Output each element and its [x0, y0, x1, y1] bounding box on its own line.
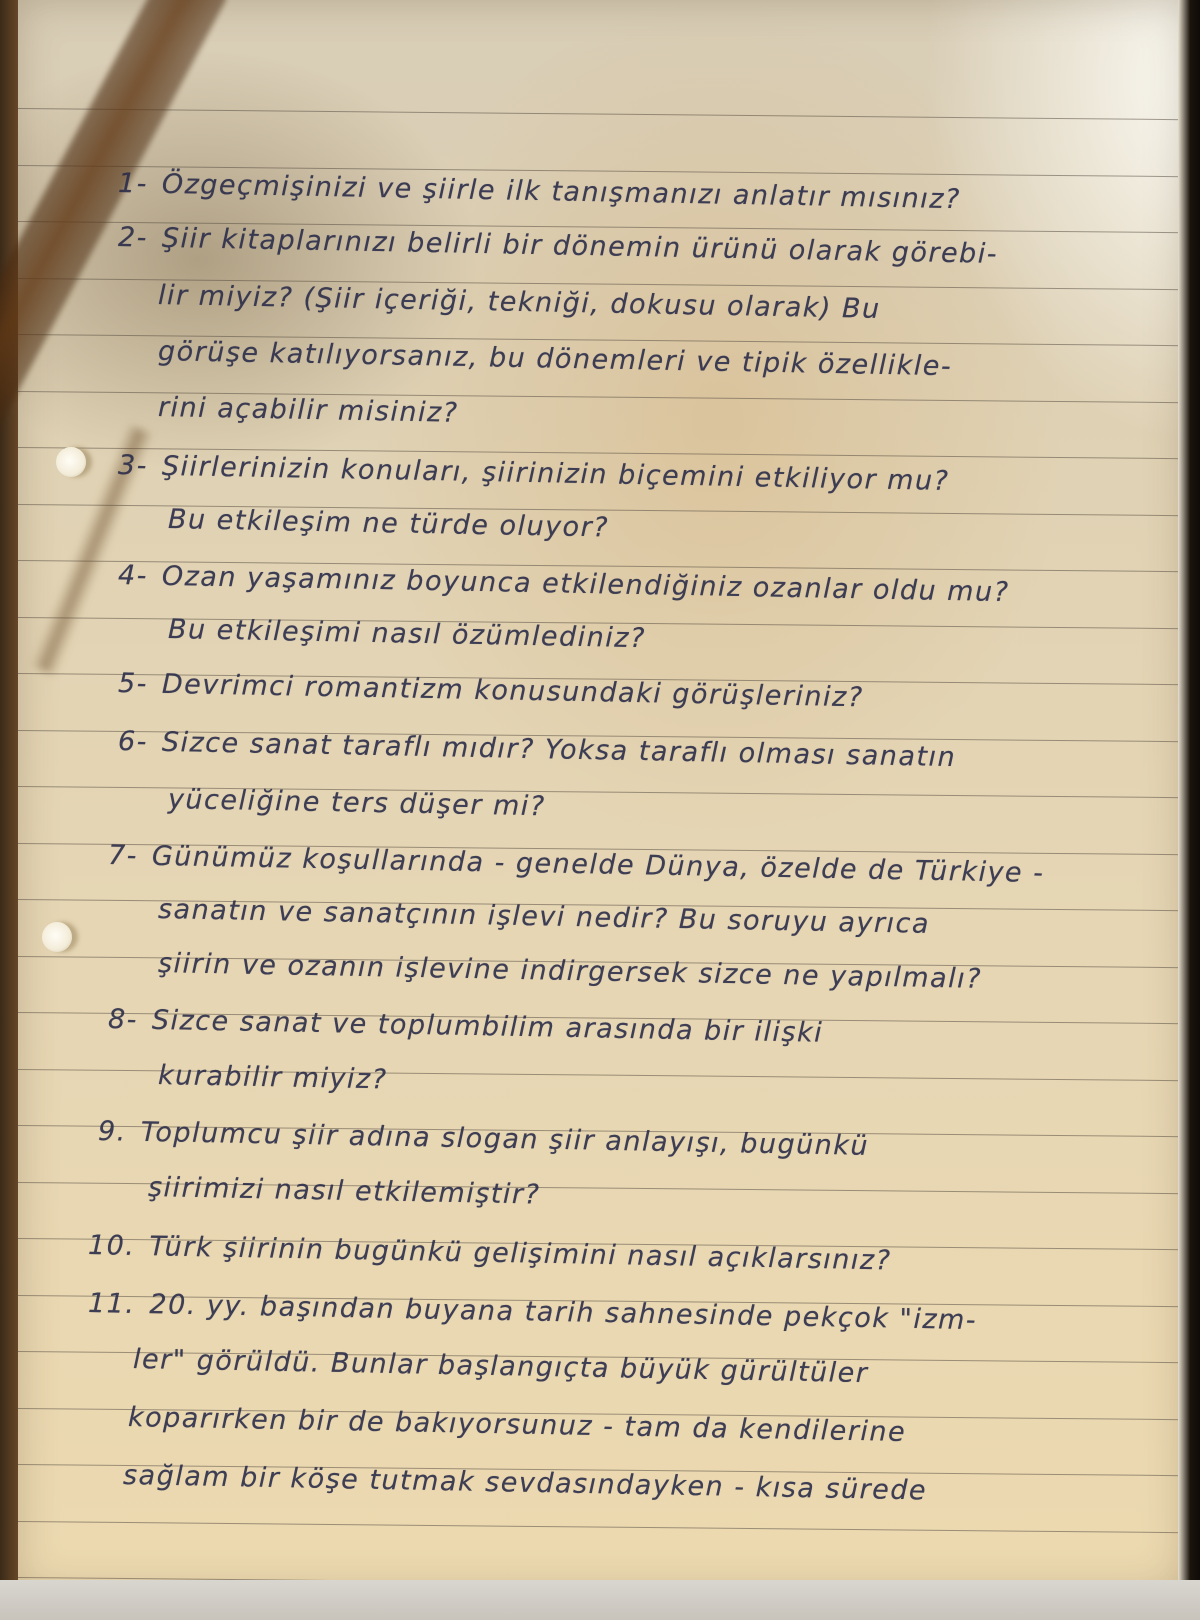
question-7-line-2: sanatın ve sanatçının işlevi nedir? Bu s… — [158, 894, 931, 940]
question-number: 2- — [118, 222, 149, 254]
question-1: 1-Özgeçmişinizi ve şiirle ilk tanışmanız… — [118, 168, 961, 215]
question-9: 9.Toplumcu şiir adına slogan şiir anlayı… — [98, 1116, 870, 1162]
background-edge-right — [1178, 0, 1200, 1620]
question-3-line-2: Bu etkileşim ne türde oluyor? — [168, 504, 610, 543]
ruled-line — [18, 1521, 1184, 1533]
question-10: 10.Türk şiirinin bugünkü gelişimini nası… — [88, 1230, 892, 1276]
question-5: 5-Devrimci romantizm konusundaki görüşle… — [118, 668, 864, 713]
question-11-line-3: koparırken bir de bakıyorsunuz - tam da … — [128, 1402, 907, 1448]
question-number: 3- — [118, 450, 149, 482]
question-8: 8-Sizce sanat ve toplumbilim arasında bi… — [108, 1004, 824, 1049]
question-line: Şiirlerinizin konuları, şiirinizin biçem… — [162, 451, 950, 497]
question-line: Devrimci romantizm konusundaki görüşleri… — [162, 669, 864, 713]
question-4: 4-Ozan yaşamınız boyunca etkilendiğiniz … — [118, 560, 1010, 608]
question-7: 7-Günümüz koşullarında - genelde Dünya, … — [108, 840, 1045, 889]
question-line: Toplumcu şiir adına slogan şiir anlayışı… — [140, 1117, 869, 1162]
question-line: Ozan yaşamınız boyunca etkilendiğiniz oz… — [162, 561, 1010, 608]
photo-scene: 1-Özgeçmişinizi ve şiirle ilk tanışmanız… — [0, 0, 1200, 1620]
ruled-line — [18, 108, 1184, 120]
question-number: 1- — [118, 168, 149, 200]
punch-hole-lower — [42, 922, 72, 952]
question-line: Sizce sanat ve toplumbilim arasında bir … — [152, 1005, 824, 1049]
question-number: 6- — [118, 726, 149, 758]
question-line: Şiir kitaplarınızı belirli bir dönemin ü… — [162, 223, 999, 270]
question-line: 20. yy. başından buyana tarih sahnesinde… — [149, 1289, 977, 1336]
question-number: 9. — [98, 1116, 127, 1148]
question-4-line-2: Bu etkileşimi nasıl özümlediniz? — [168, 614, 646, 654]
question-number: 11. — [88, 1288, 136, 1320]
question-6-line-2: yüceliğine ters düşer mi? — [168, 784, 546, 822]
question-number: 8- — [108, 1004, 139, 1036]
question-number: 7- — [108, 840, 139, 872]
question-line: Özgeçmişinizi ve şiirle ilk tanışmanızı … — [162, 169, 961, 215]
question-11-line-2: ler" görüldü. Bunlar başlangıçta büyük g… — [133, 1344, 869, 1389]
background-surface-bottom — [0, 1580, 1200, 1620]
question-2: 2-Şiir kitaplarınızı belirli bir dönemin… — [118, 222, 999, 270]
question-2-line-4: rini açabilir misiniz? — [158, 392, 459, 429]
question-number: 10. — [88, 1230, 136, 1262]
punch-hole-upper — [56, 447, 86, 477]
question-number: 5- — [118, 668, 149, 700]
question-7-line-3: şiirin ve ozanın işlevine indirgersek si… — [158, 948, 983, 995]
question-11: 11.20. yy. başından buyana tarih sahnesi… — [88, 1288, 978, 1336]
question-number: 4- — [118, 560, 149, 592]
question-2-line-2: lir miyiz? (Şiir içeriği, tekniği, dokus… — [158, 280, 881, 325]
question-9-line-2: şiirimizi nasıl etkilemiştir? — [148, 1172, 541, 1211]
question-11-line-4: sağlam bir köşe tutmak sevdasındayken - … — [123, 1460, 928, 1506]
question-line: Günümüz koşullarında - genelde Dünya, öz… — [152, 841, 1045, 889]
question-2-line-3: görüşe katılıyorsanız, bu dönemleri ve t… — [158, 336, 953, 382]
question-8-line-2: kurabilir miyiz? — [158, 1060, 388, 1095]
question-line: Sizce sanat taraflı mıdır? Yoksa taraflı… — [162, 727, 957, 773]
lined-paper-sheet: 1-Özgeçmişinizi ve şiirle ilk tanışmanız… — [18, 0, 1184, 1592]
question-line: Türk şiirinin bugünkü gelişimini nasıl a… — [149, 1231, 892, 1276]
question-3: 3-Şiirlerinizin konuları, şiirinizin biç… — [118, 450, 950, 497]
question-6: 6-Sizce sanat taraflı mıdır? Yoksa taraf… — [118, 726, 957, 773]
